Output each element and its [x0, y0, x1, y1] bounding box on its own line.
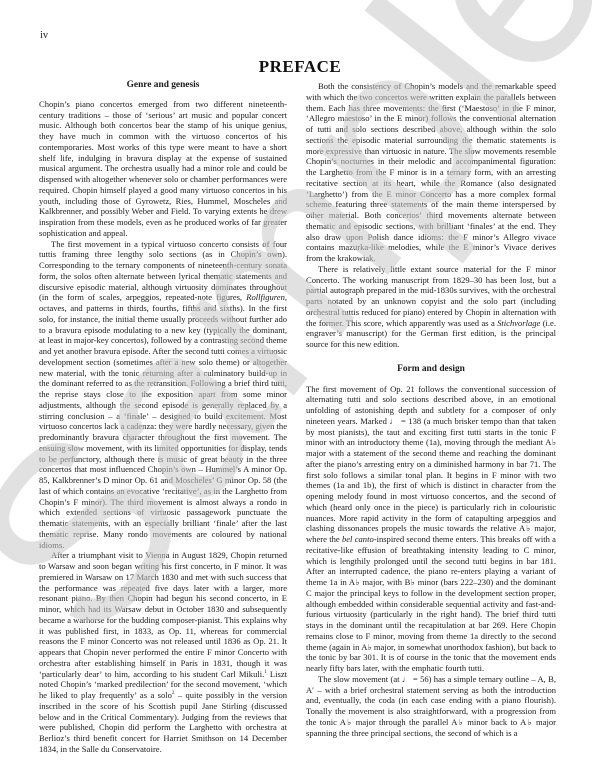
- text-run: -inspired second theme enters. This brea…: [306, 534, 556, 673]
- paragraph: After a triumphant visit to Vienna in Au…: [39, 550, 287, 754]
- paragraph: Chopin’s piano concertos emerged from tw…: [39, 99, 287, 239]
- text-run: The first movement of Op. 21 follows the…: [306, 384, 556, 545]
- paragraph: The first movement of Op. 21 follows the…: [306, 384, 556, 674]
- paragraph: The first movement in a typical virtuoso…: [39, 239, 287, 551]
- text-run: , octaves, and patterns in thirds, fourt…: [39, 292, 287, 549]
- page-number: iv: [40, 30, 48, 41]
- page-title: PREFACE: [0, 57, 600, 77]
- italic-term: bel canto: [342, 534, 374, 544]
- italic-term: Stichvorlage: [497, 318, 540, 328]
- paragraph: The slow movement (at ♩ = 56) has a simp…: [306, 674, 556, 739]
- paragraph: There is relatively little extant source…: [306, 264, 556, 350]
- section-heading-genre-and-genesis: Genre and genesis: [39, 80, 287, 91]
- section-heading-form-and-design: Form and design: [306, 364, 556, 375]
- text-run: After a triumphant visit to Vienna in Au…: [39, 550, 287, 678]
- paragraph: Both the consistency of Chopin’s models …: [306, 81, 556, 264]
- italic-term: Rollfiguren: [246, 292, 285, 302]
- right-column: Both the consistency of Chopin’s models …: [306, 81, 556, 738]
- left-column: Genre and genesis Chopin’s piano concert…: [39, 78, 287, 755]
